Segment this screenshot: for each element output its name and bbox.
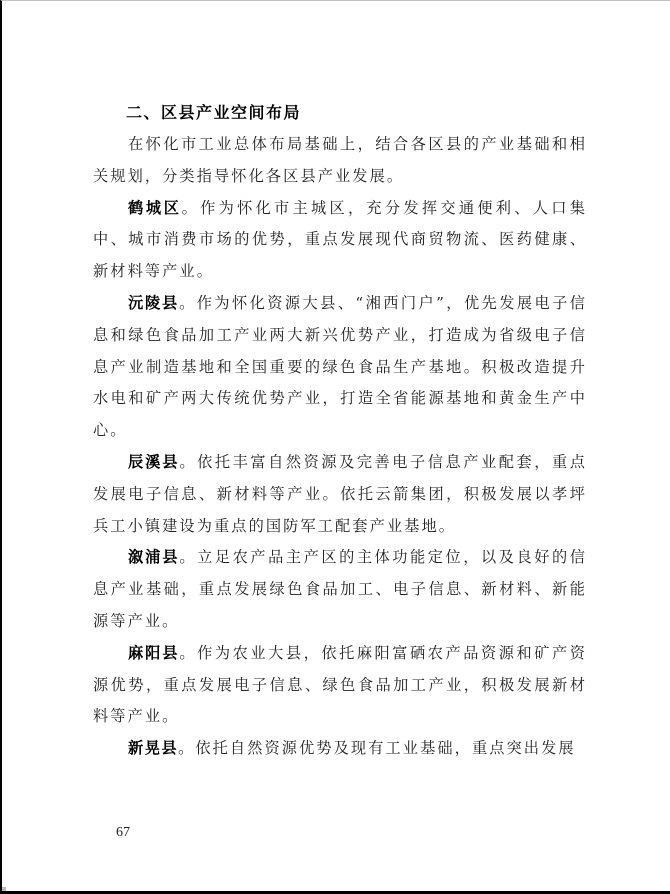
county-paragraph-yuanling: 沅陵县。作为怀化资源大县、“湘西门户”，优先发展电子信息和绿色食品加工产业两大新… [93,288,587,447]
county-paragraph-xupu: 溆浦县。立足农产品主产区的主体功能定位，以及良好的信息产业基础，重点发展绿色食品… [93,542,587,637]
page-number: 67 [116,825,130,841]
page-corner-shadow [2,887,6,891]
county-paragraph-mayang: 麻阳县。作为农业大县，依托麻阳富硒农产品资源和矿产资源优势，重点发展电子信息、绿… [93,638,587,733]
county-text: 。作为怀化资源大县、“湘西门户”，优先发展电子信息和绿色食品加工产业两大新兴优势… [93,294,587,439]
county-name: 鹤城区 [128,199,182,217]
page-content: 二、区县产业空间布局 在怀化市工业总体布局基础上，结合各区县的产业基础和相关规划… [93,97,587,765]
county-name: 溆浦县 [128,548,179,566]
county-text: 。依托自然资源优势及现有工业基础，重点突出发展 [178,739,576,757]
county-name: 新晃县 [128,739,178,757]
section-heading: 二、区县产业空间布局 [93,97,587,129]
county-paragraph-xinhuang: 新晃县。依托自然资源优势及现有工业基础，重点突出发展 [93,733,587,765]
county-paragraph-chenxi: 辰溪县。依托丰富自然资源及完善电子信息产业配套，重点发展电子信息、新材料等产业。… [93,447,587,542]
county-paragraph-hecheng: 鹤城区。作为怀化市主城区，充分发挥交通便利、人口集中、城市消费市场的优势，重点发… [93,193,587,288]
document-page: 二、区县产业空间布局 在怀化市工业总体布局基础上，结合各区县的产业基础和相关规划… [0,0,670,894]
county-name: 沅陵县 [128,294,179,312]
county-name: 麻阳县 [128,644,179,662]
intro-paragraph: 在怀化市工业总体布局基础上，结合各区县的产业基础和相关规划，分类指导怀化各区县产… [93,129,587,193]
county-name: 辰溪县 [128,453,179,471]
